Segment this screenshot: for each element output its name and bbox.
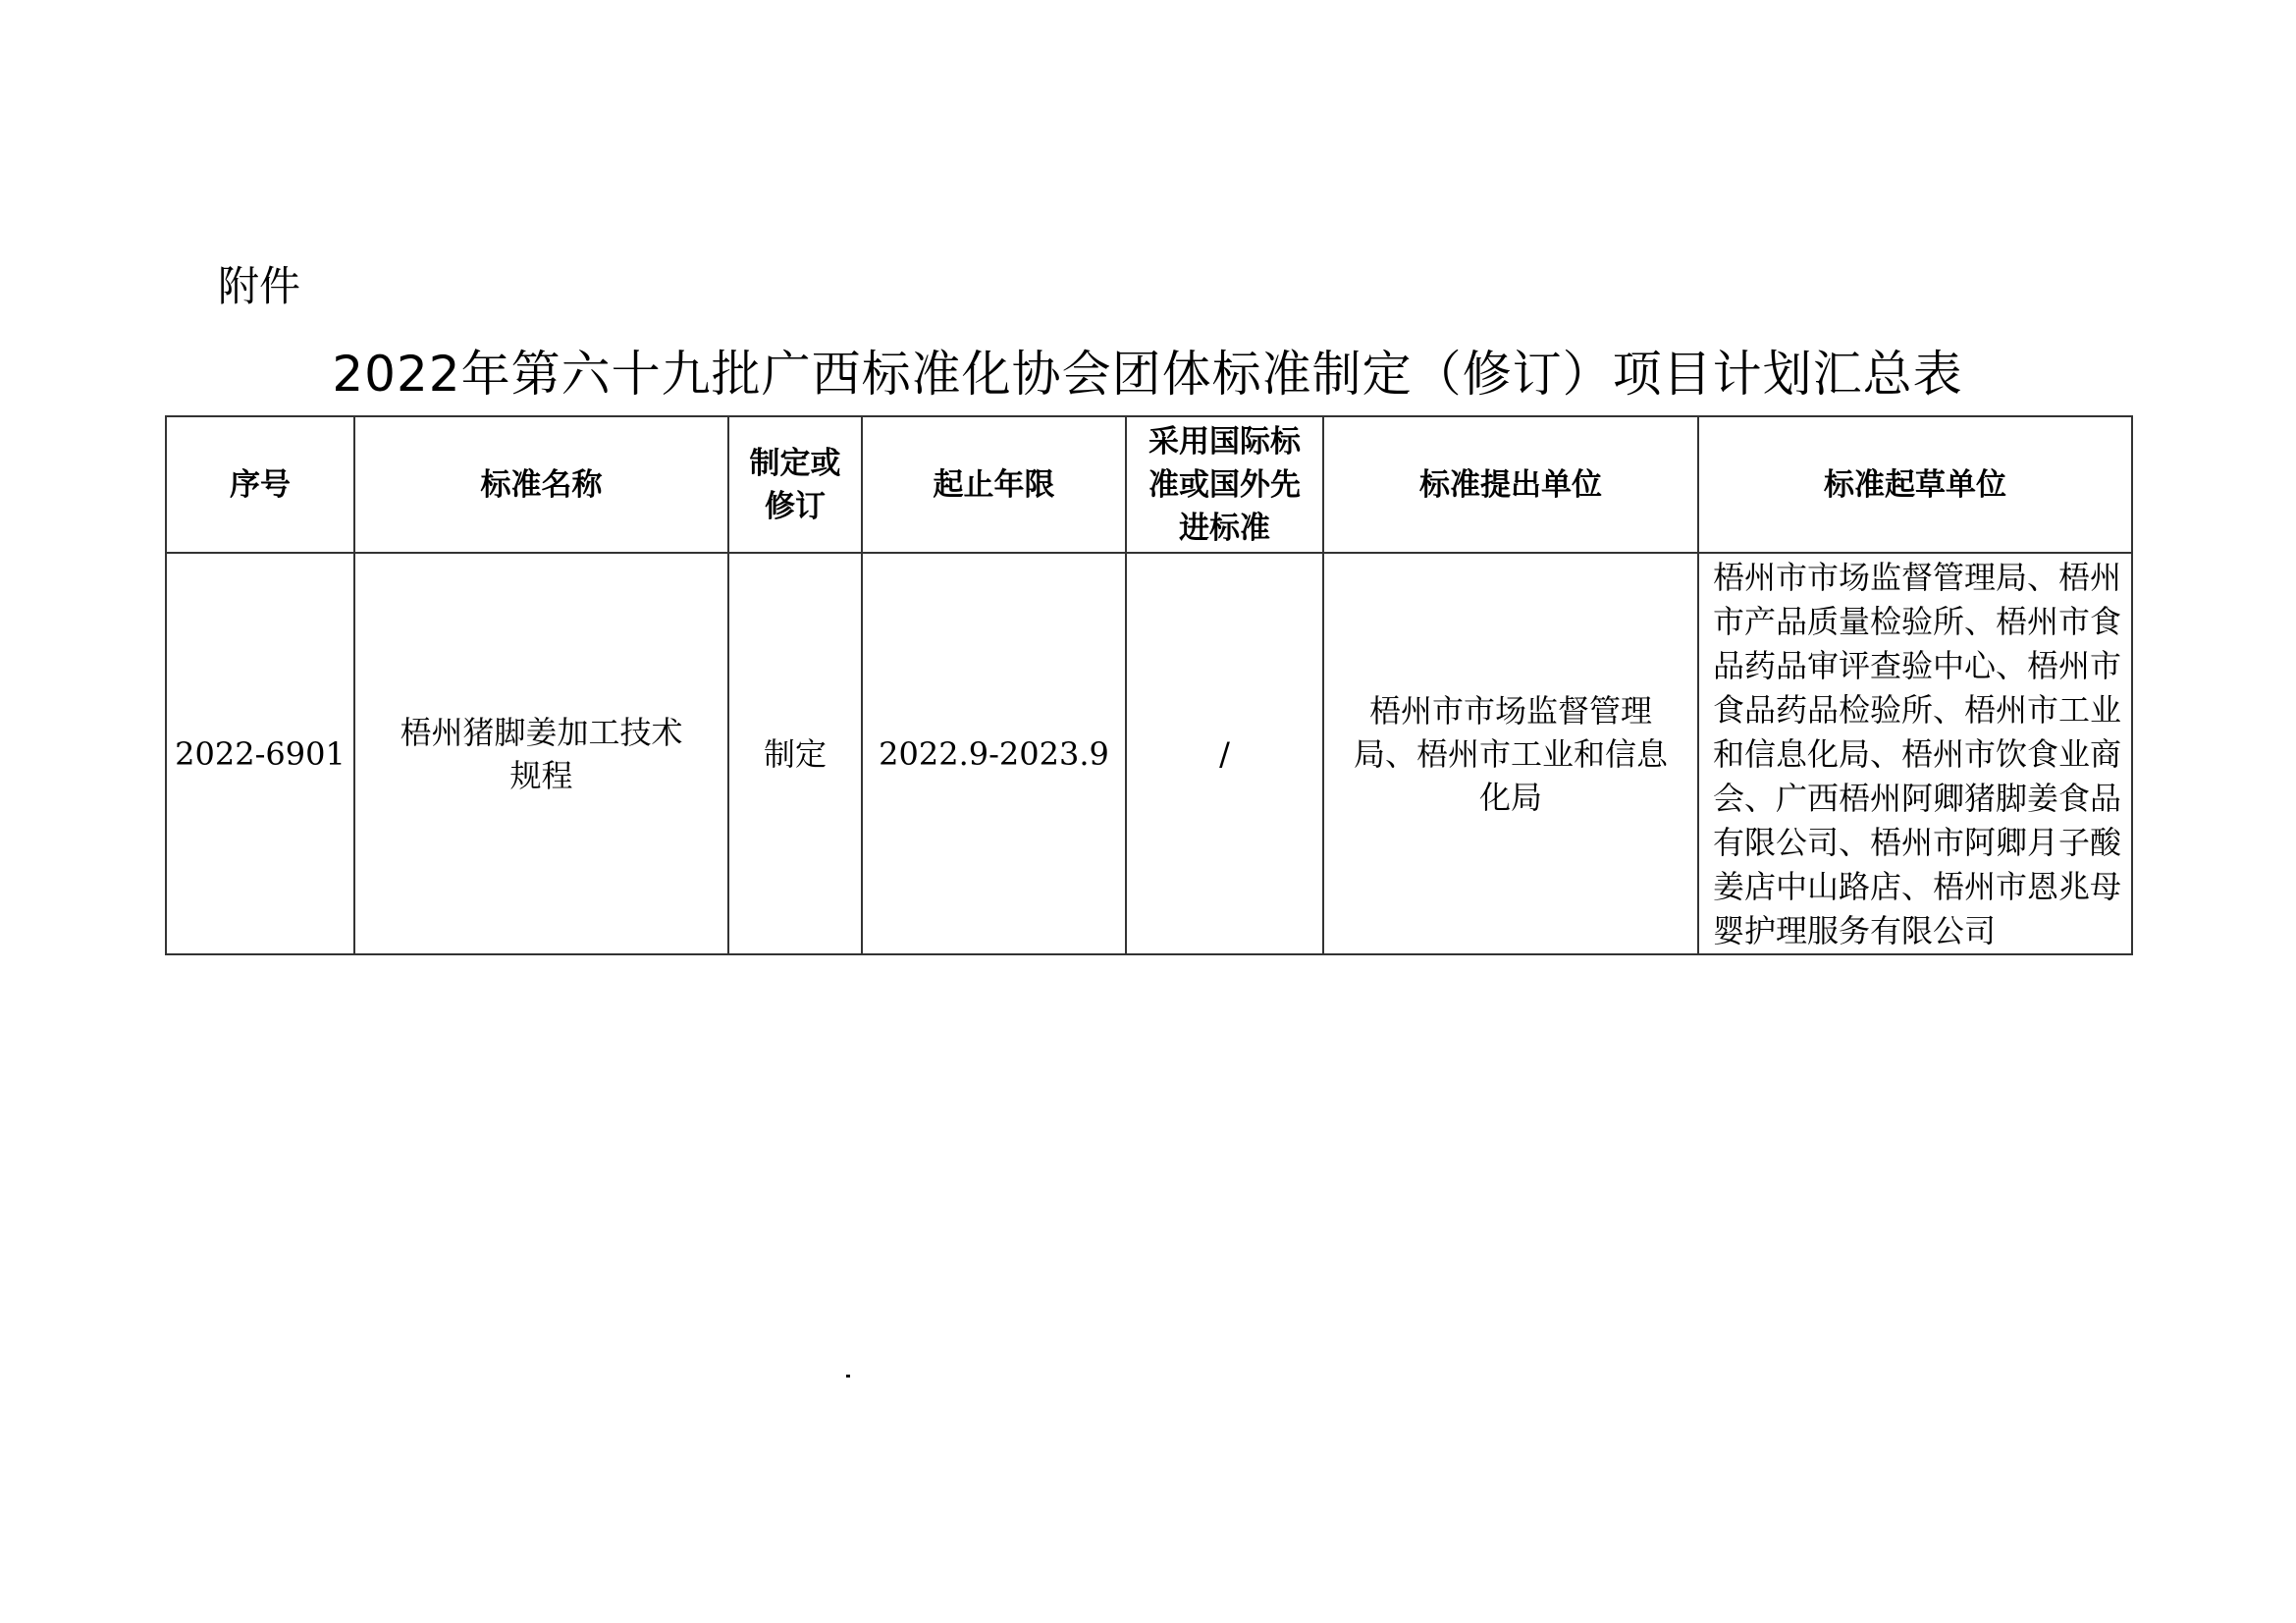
cell-standard-name: 梧州猪脚姜加工技术规程 <box>354 553 728 954</box>
cell-serial: 2022-6901 <box>166 553 354 954</box>
cell-proposing-unit: 梧州市市场监督管理局、梧州市工业和信息化局 <box>1323 553 1698 954</box>
table-header-row: 序号 标准名称 制定或修订 起止年限 采用国际标准或国外先进标准 标准提出单位 … <box>166 416 2132 553</box>
table-row: 2022-6901 梧州猪脚姜加工技术规程 制定 2022.9-2023.9 /… <box>166 553 2132 954</box>
header-period: 起止年限 <box>862 416 1126 553</box>
attachment-label: 附件 <box>218 257 300 316</box>
header-standard-name: 标准名称 <box>354 416 728 553</box>
header-serial: 序号 <box>166 416 354 553</box>
header-proposing-unit: 标准提出单位 <box>1323 416 1698 553</box>
cell-type: 制定 <box>728 553 862 954</box>
cell-adopted-standard: / <box>1126 553 1323 954</box>
header-type: 制定或修订 <box>728 416 862 553</box>
header-adopted-standard: 采用国际标准或国外先进标准 <box>1126 416 1323 553</box>
cell-drafting-units: 梧州市市场监督管理局、梧州市产品质量检验所、梧州市食品药品审评查验中心、梧州市食… <box>1698 553 2132 954</box>
stray-mark <box>846 1375 850 1378</box>
document-title: 2022年第六十九批广西标准化协会团体标准制定（修订）项目计划汇总表 <box>165 340 2130 408</box>
header-drafting-units: 标准起草单位 <box>1698 416 2132 553</box>
project-plan-table: 序号 标准名称 制定或修订 起止年限 采用国际标准或国外先进标准 标准提出单位 … <box>165 415 2133 955</box>
cell-period: 2022.9-2023.9 <box>862 553 1126 954</box>
